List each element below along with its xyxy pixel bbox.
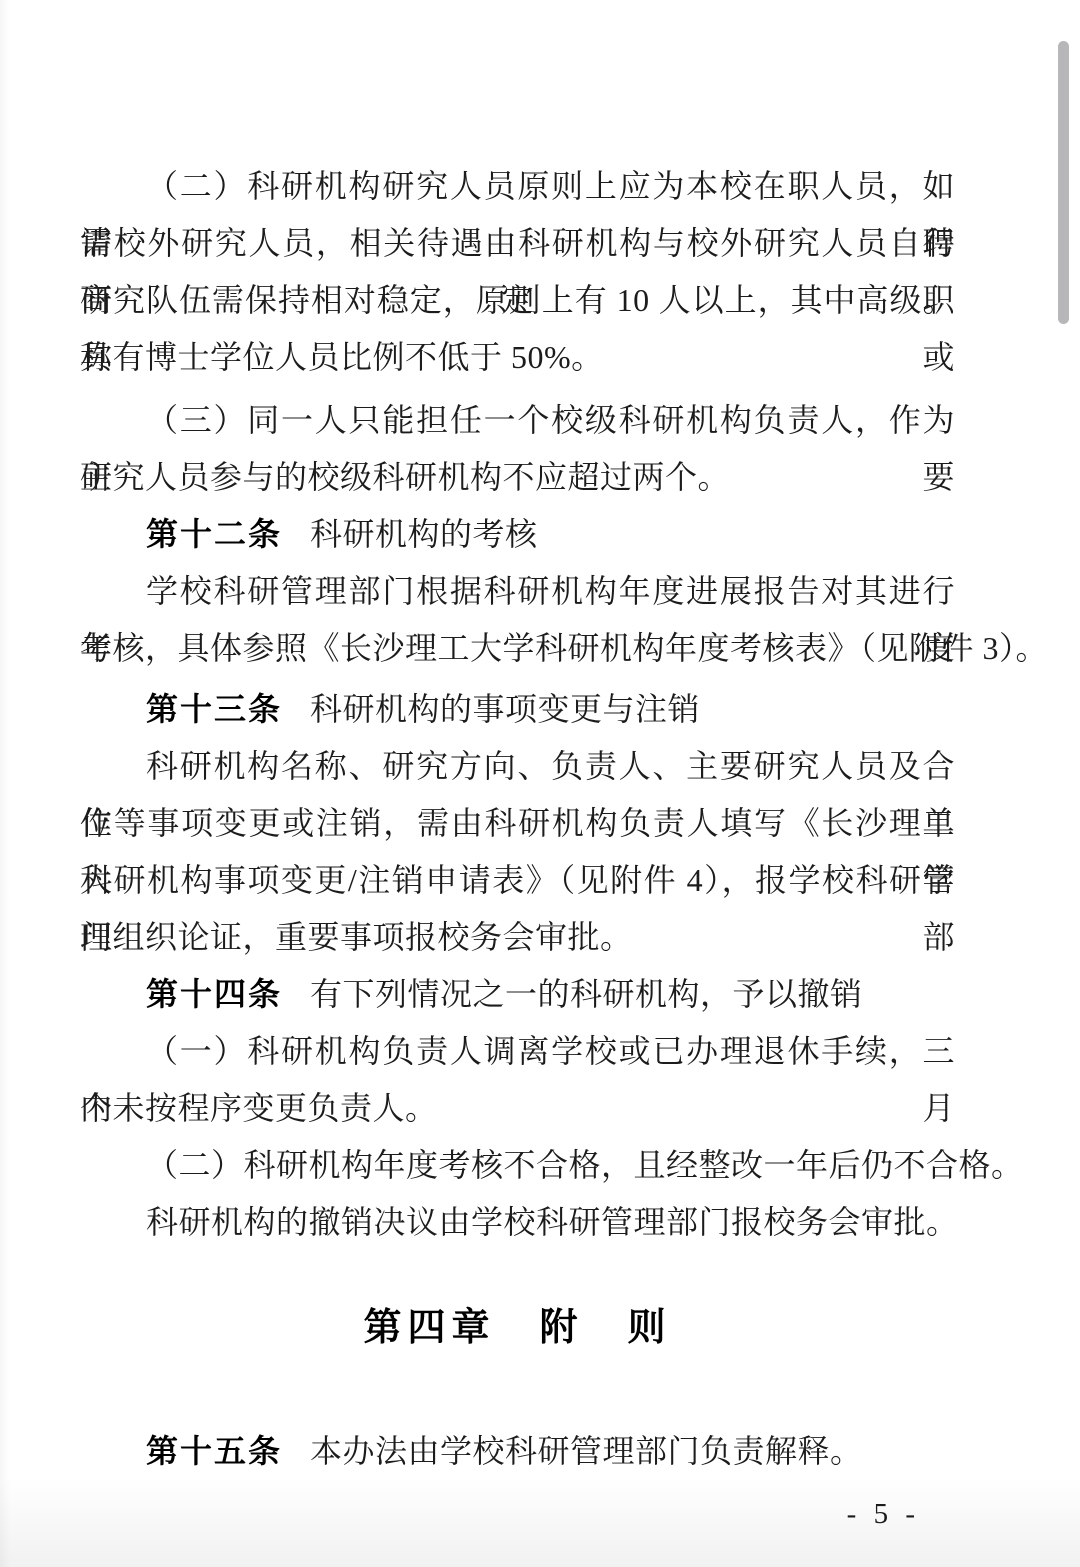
doc-line: 研究队伍需保持相对稳定，原则上有 10 人以上，其中高级职称或 [80, 272, 955, 329]
article-heading: 第十五条本办法由学校科研管理部门负责解释。 [80, 1423, 955, 1480]
doc-line: 请校外研究人员，相关待遇由科研机构与校外研究人员自行商定。 [80, 215, 955, 272]
article-title: 本办法由学校科研管理部门负责解释。 [310, 1433, 863, 1469]
doc-line: （二）科研机构研究人员原则上应为本校在职人员，如需聘 [80, 158, 955, 215]
document-page: （二）科研机构研究人员原则上应为本校在职人员，如需聘 请校外研究人员，相关待遇由… [0, 0, 1080, 1567]
article-title: 科研机构的事项变更与注销 [310, 691, 700, 727]
chapter-heading: 第四章 附 则 [80, 1300, 955, 1357]
doc-line: （二）科研机构年度考核不合格，且经整改一年后仍不合格。 [80, 1137, 955, 1194]
scrollbar-thumb[interactable] [1058, 41, 1069, 324]
article-heading: 第十三条科研机构的事项变更与注销 [80, 681, 955, 738]
doc-line: 考核，具体参照《长沙理工大学科研机构年度考核表》（见附件 3）。 [80, 620, 955, 677]
article-number: 第十三条 [146, 691, 282, 727]
article-number: 第十二条 [146, 516, 282, 552]
document-text-block: （二）科研机构研究人员原则上应为本校在职人员，如需聘 请校外研究人员，相关待遇由… [80, 158, 955, 1480]
doc-line: 科研机构名称、研究方向、负责人、主要研究人员及合作单 [80, 738, 955, 795]
doc-line: （三）同一人只能担任一个校级科研机构负责人，作为主要 [80, 392, 955, 449]
article-heading: 第十四条有下列情况之一的科研机构，予以撤销 [80, 966, 955, 1023]
doc-line: 学校科研管理部门根据科研机构年度进展报告对其进行年度 [80, 563, 955, 620]
doc-line: 位等事项变更或注销，需由科研机构负责人填写《长沙理工大学 [80, 795, 955, 852]
page-number: - 5 - [847, 1498, 920, 1531]
article-title: 有下列情况之一的科研机构，予以撤销 [310, 976, 863, 1012]
article-title: 科研机构的考核 [310, 516, 538, 552]
article-heading: 第十二条科研机构的考核 [80, 506, 955, 563]
doc-line: 科研机构的撤销决议由学校科研管理部门报校务会审批。 [80, 1194, 955, 1251]
doc-line: （一）科研机构负责人调离学校或已办理退休手续，三个月 [80, 1023, 955, 1080]
article-number: 第十五条 [146, 1433, 282, 1469]
doc-line: 科研机构事项变更/注销申请表》（见附件 4），报学校科研管理部 [80, 852, 955, 909]
article-number: 第十四条 [146, 976, 282, 1012]
